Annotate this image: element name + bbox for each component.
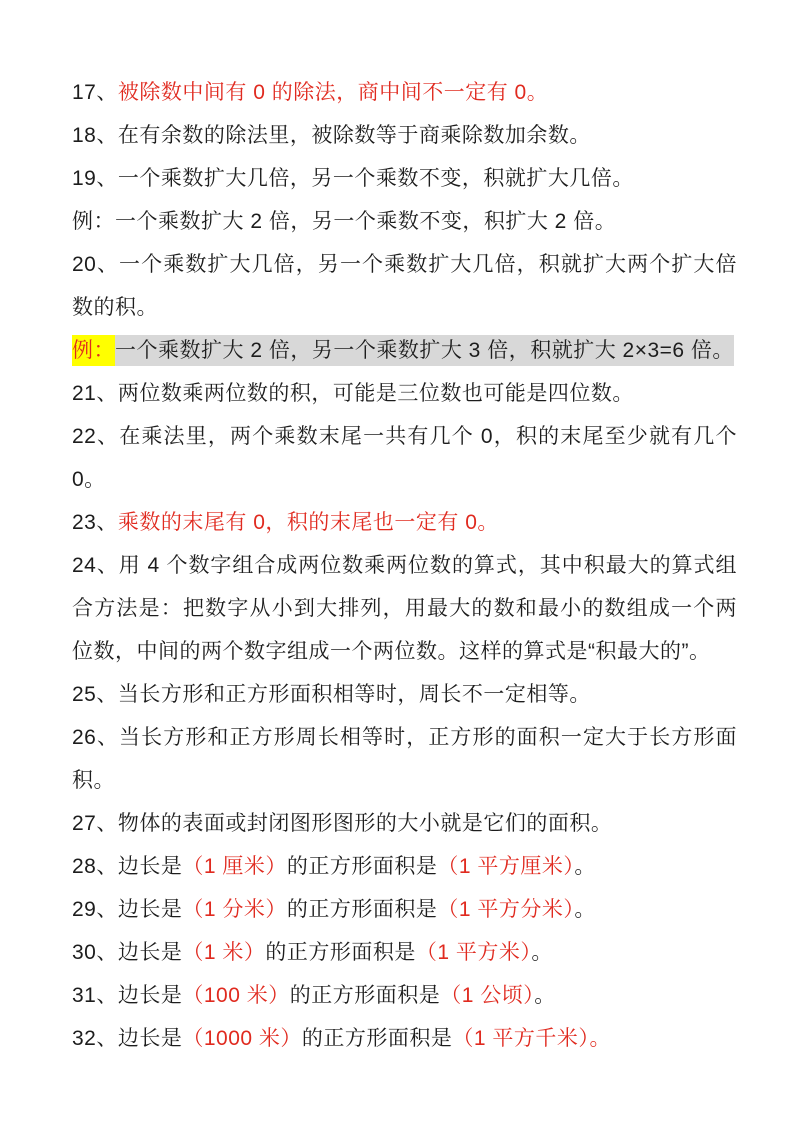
note-item: 21、两位数乘两位数的积，可能是三位数也可能是四位数。 xyxy=(72,372,737,415)
text-segment: 32、边长是 xyxy=(72,1027,182,1050)
highlighted-text-segment: 例： xyxy=(72,335,115,366)
text-segment: 29、边长是 xyxy=(72,898,182,921)
text-segment: （1 厘米） xyxy=(182,855,287,878)
text-segment: （1 平方千米） xyxy=(452,1027,589,1050)
text-segment: 18、在有余数的除法里，被除数等于商乘除数加余数。 xyxy=(72,124,591,147)
text-segment: （1 平方米） xyxy=(416,941,532,964)
highlighted-text-segment: 一个乘数扩大 2 倍，另一个乘数扩大 3 倍，积就扩大 2×3=6 倍。 xyxy=(115,335,734,366)
text-segment: 25、当长方形和正方形面积相等时，周长不一定相等。 xyxy=(72,683,591,706)
text-segment: 被除数中间有 0 的除法，商中间不一定有 0。 xyxy=(118,81,548,104)
text-segment: 。 xyxy=(589,1027,611,1050)
note-item: 30、边长是（1 米）的正方形面积是（1 平方米）。 xyxy=(72,931,737,974)
note-item: 19、一个乘数扩大几倍，另一个乘数不变，积就扩大几倍。 xyxy=(72,157,737,200)
document-page: 17、被除数中间有 0 的除法，商中间不一定有 0。18、在有余数的除法里，被除… xyxy=(0,0,793,1122)
text-segment: 30、边长是 xyxy=(72,941,182,964)
note-item: 26、当长方形和正方形周长相等时，正方形的面积一定大于长方形面积。 xyxy=(72,716,737,802)
note-item: 25、当长方形和正方形面积相等时，周长不一定相等。 xyxy=(72,673,737,716)
note-item: 29、边长是（1 分米）的正方形面积是（1 平方分米）。 xyxy=(72,888,737,931)
text-segment: 27、物体的表面或封闭图形图形的大小就是它们的面积。 xyxy=(72,812,612,835)
note-item: 31、边长是（100 米）的正方形面积是（1 公顷）。 xyxy=(72,974,737,1017)
note-item: 例：一个乘数扩大 2 倍，另一个乘数不变，积扩大 2 倍。 xyxy=(72,200,737,243)
note-item: 22、在乘法里，两个乘数末尾一共有几个 0，积的末尾至少就有几个 0。 xyxy=(72,415,737,501)
note-item: 24、用 4 个数字组合成两位数乘两位数的算式，其中积最大的算式组合方法是：把数… xyxy=(72,544,737,673)
text-segment: 26、当长方形和正方形周长相等时，正方形的面积一定大于长方形面积。 xyxy=(72,726,737,792)
document-body: 17、被除数中间有 0 的除法，商中间不一定有 0。18、在有余数的除法里，被除… xyxy=(72,71,737,1060)
note-item: 28、边长是（1 厘米）的正方形面积是（1 平方厘米）。 xyxy=(72,845,737,888)
text-segment: 的正方形面积是 xyxy=(302,1027,453,1050)
text-segment: 31、边长是 xyxy=(72,984,182,1007)
text-segment: 的正方形面积是 xyxy=(287,898,438,921)
text-segment: 23、 xyxy=(72,511,118,534)
text-segment: 20、一个乘数扩大几倍，另一个乘数扩大几倍，积就扩大两个扩大倍数的积。 xyxy=(72,253,737,319)
text-segment: 的正方形面积是 xyxy=(287,855,438,878)
text-segment: （1 米） xyxy=(182,941,265,964)
text-segment: 的正方形面积是 xyxy=(290,984,441,1007)
text-segment: （1 公顷） xyxy=(440,984,534,1007)
text-segment: 28、边长是 xyxy=(72,855,182,878)
note-item: 20、一个乘数扩大几倍，另一个乘数扩大几倍，积就扩大两个扩大倍数的积。 xyxy=(72,243,737,329)
text-segment: 24、用 4 个数字组合成两位数乘两位数的算式，其中积最大的算式组合方法是：把数… xyxy=(72,554,737,663)
text-segment: 。 xyxy=(534,984,556,1007)
text-segment: （1 平方厘米） xyxy=(437,855,574,878)
text-segment: 。 xyxy=(531,941,553,964)
text-segment: 21、两位数乘两位数的积，可能是三位数也可能是四位数。 xyxy=(72,382,634,405)
text-segment: 19、一个乘数扩大几倍，另一个乘数不变，积就扩大几倍。 xyxy=(72,167,634,190)
text-segment: 。 xyxy=(574,855,596,878)
note-item: 32、边长是（1000 米）的正方形面积是（1 平方千米）。 xyxy=(72,1017,737,1060)
text-segment: 。 xyxy=(574,898,596,921)
text-segment: （100 米） xyxy=(182,984,289,1007)
text-segment: （1 平方分米） xyxy=(437,898,574,921)
note-item: 27、物体的表面或封闭图形图形的大小就是它们的面积。 xyxy=(72,802,737,845)
text-segment: 17、 xyxy=(72,81,118,104)
note-item: 23、乘数的末尾有 0，积的末尾也一定有 0。 xyxy=(72,501,737,544)
text-segment: 例：一个乘数扩大 2 倍，另一个乘数不变，积扩大 2 倍。 xyxy=(72,210,616,233)
text-segment: 的正方形面积是 xyxy=(265,941,416,964)
text-segment: （1 分米） xyxy=(182,898,287,921)
note-item: 18、在有余数的除法里，被除数等于商乘除数加余数。 xyxy=(72,114,737,157)
text-segment: 乘数的末尾有 0，积的末尾也一定有 0。 xyxy=(118,511,499,534)
text-segment: （1000 米） xyxy=(182,1027,302,1050)
note-item: 17、被除数中间有 0 的除法，商中间不一定有 0。 xyxy=(72,71,737,114)
text-segment: 22、在乘法里，两个乘数末尾一共有几个 0，积的末尾至少就有几个 0。 xyxy=(72,425,743,491)
note-item: 例：一个乘数扩大 2 倍，另一个乘数扩大 3 倍，积就扩大 2×3=6 倍。 xyxy=(72,329,737,372)
